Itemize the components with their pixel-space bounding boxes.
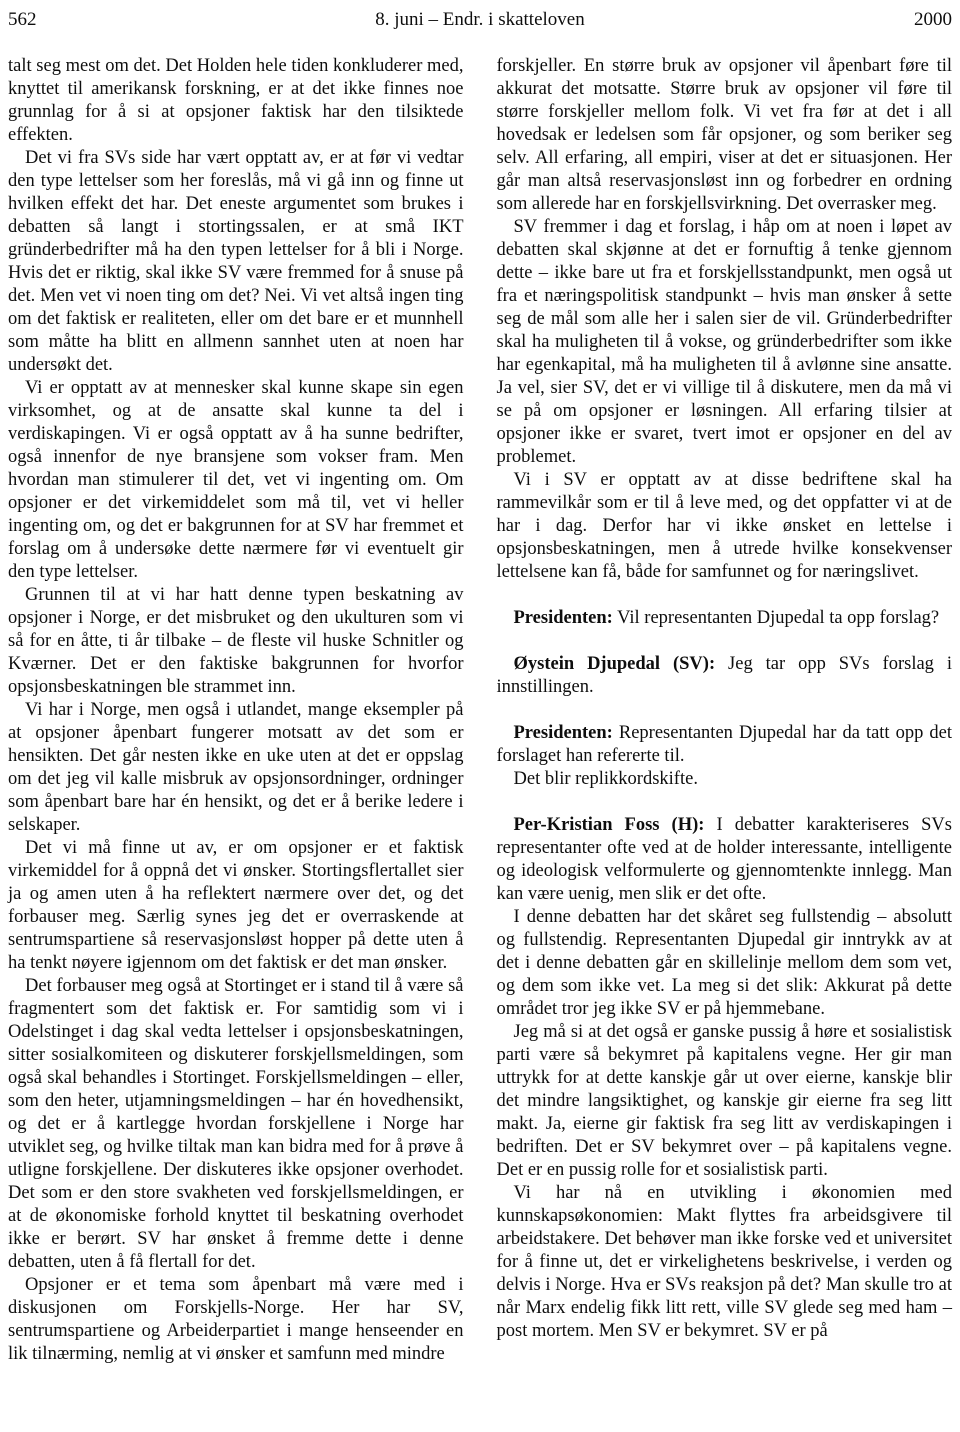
right-column: forskjeller. En større bruk av opsjoner …	[497, 55, 953, 1366]
paragraph: Grunnen til at vi har hatt denne typen b…	[8, 584, 464, 699]
header-year: 2000	[914, 8, 952, 32]
paragraph: Jeg må si at det også er ganske pussig å…	[497, 1021, 953, 1182]
speech-paragraph: Øystein Djupedal (SV): Jeg tar opp SVs f…	[497, 653, 953, 699]
speech-paragraph: Per-Kristian Foss (H): I debatter karakt…	[497, 814, 953, 906]
paragraph: Opsjoner er et tema som åpenbart må være…	[8, 1274, 464, 1366]
speaker-name: Presidenten:	[514, 608, 613, 628]
paragraph: Det forbauser meg også at Stortinget er …	[8, 975, 464, 1274]
paragraph: Vi har nå en utvikling i økonomien med k…	[497, 1182, 953, 1343]
paragraph: Det vi må finne ut av, er om opsjoner er…	[8, 837, 464, 975]
paragraph: Vi er opptatt av at mennesker skal kunne…	[8, 377, 464, 584]
paragraph: forskjeller. En større bruk av opsjoner …	[497, 55, 953, 216]
speaker-name: Per-Kristian Foss (H):	[514, 815, 705, 835]
document-page: 562 8. juni – Endr. i skatteloven 2000 t…	[0, 0, 960, 1432]
paragraph: talt seg mest om det. Det Holden hele ti…	[8, 55, 464, 147]
running-title: 8. juni – Endr. i skatteloven	[8, 8, 952, 32]
paragraph: Det blir replikkordskifte.	[497, 768, 953, 791]
speech-paragraph: Presidenten: Representanten Djupedal har…	[497, 722, 953, 768]
speech-paragraph: Presidenten: Vil representanten Djupedal…	[497, 607, 953, 630]
paragraph: Vi i SV er opptatt av at disse bedriften…	[497, 469, 953, 584]
text-columns: talt seg mest om det. Det Holden hele ti…	[8, 55, 952, 1366]
left-column: talt seg mest om det. Det Holden hele ti…	[8, 55, 464, 1366]
paragraph: SV fremmer i dag et forslag, i håp om at…	[497, 216, 953, 469]
page-header: 562 8. juni – Endr. i skatteloven 2000	[8, 8, 952, 32]
paragraph: I denne debatten har det skåret seg full…	[497, 906, 953, 1021]
paragraph: Vi har i Norge, men også i utlandet, man…	[8, 699, 464, 837]
speaker-name: Presidenten:	[514, 723, 613, 743]
speaker-name: Øystein Djupedal (SV):	[514, 654, 716, 674]
paragraph: Det vi fra SVs side har vært opptatt av,…	[8, 147, 464, 377]
